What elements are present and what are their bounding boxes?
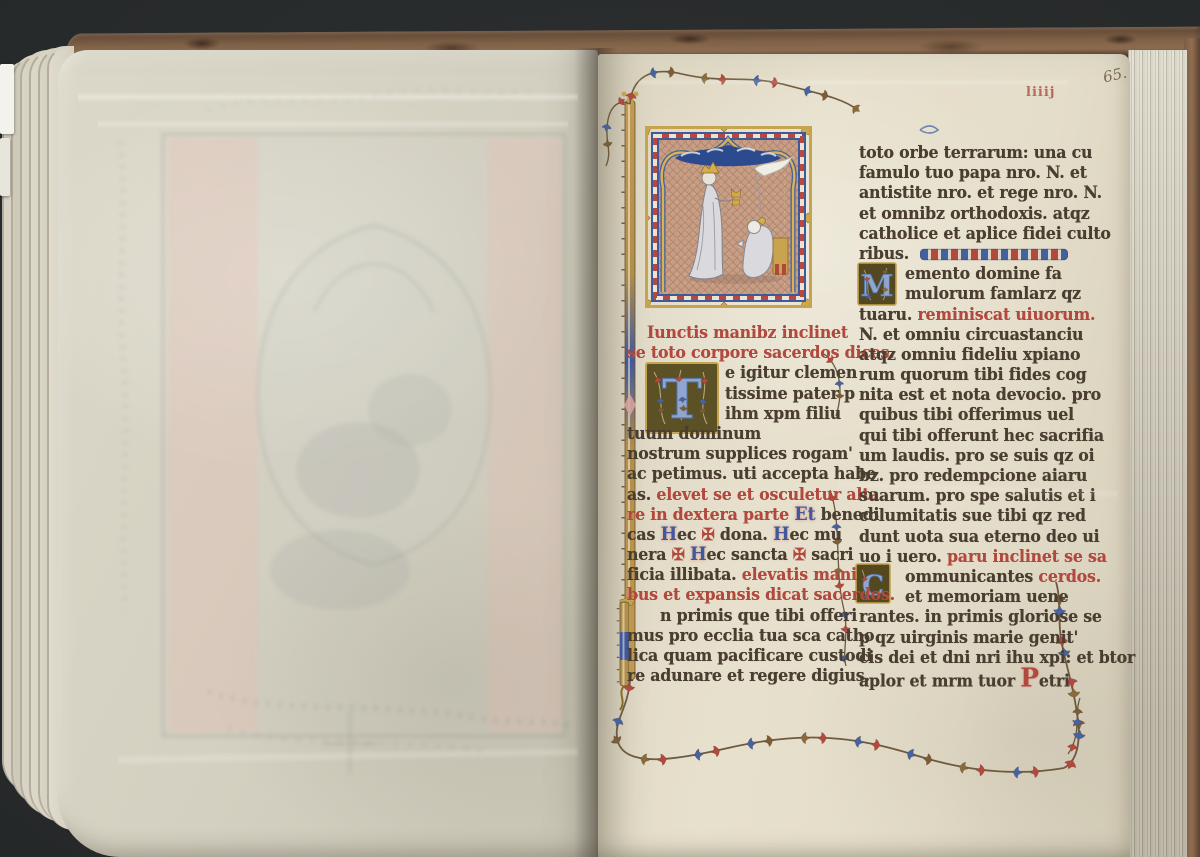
text-segment: um laudis. pro se suis qz oi [859, 445, 1094, 465]
miniature-chalice-scene [645, 126, 812, 308]
ivy-leaf [657, 753, 668, 766]
text-line: aplor et mrm tuor Petri [859, 667, 1081, 688]
ivy-leaf [1029, 765, 1040, 778]
text-segment: nita est et nota devocio. pro [859, 385, 1101, 405]
ivy-leaf [905, 747, 918, 761]
text-line: atqz omniu fideliu xpiano [859, 344, 1081, 365]
text-line: dunt uota sua eterno deo ui [859, 526, 1081, 547]
text-segment: H [660, 523, 677, 545]
text-line: et memoriam uene [859, 587, 1081, 608]
text-segment: famulo tuo papa nro. N. et [859, 163, 1087, 183]
text-segment: mus pro ecclia tua sca catho [627, 625, 874, 645]
text-line: p qz uirginis marie genit' [859, 627, 1081, 648]
text-line: quibus tibi offerimus uel [859, 405, 1081, 426]
text-segment: cis dei et dni nri ihu xpi: et btor [859, 647, 1135, 667]
text-line: bus et expansis dicat sacerdos. [627, 585, 849, 606]
text-line: columitatis sue tibi qz red [859, 506, 1081, 527]
text-line: emento domine fa [859, 264, 1081, 285]
text-segment: p qz uirginis marie genit' [859, 627, 1078, 647]
text-line: cas Hec ✠ dona. Hec mu [627, 524, 849, 545]
text-segment: re adunare et regere digius. [627, 666, 870, 686]
text-segment: cas [627, 524, 660, 544]
left-page-verso [58, 50, 598, 857]
text-segment: rum quorum tibi fides cog [859, 365, 1086, 385]
text-segment: ommunicantes [905, 567, 1038, 587]
text-segment: qui tibi offerunt hec sacrifia [859, 425, 1104, 445]
ivy-leaf [1072, 708, 1083, 717]
ivy-leaf [870, 739, 881, 752]
blue-pen-flourish [920, 126, 938, 133]
text-segment: ✠ [672, 545, 690, 565]
text-segment: P [1020, 662, 1039, 692]
text-line: mulorum famlarz qz [859, 284, 1081, 305]
ivy-leaf [800, 732, 810, 744]
text-line: catholice et aplice fidei culto [859, 223, 1081, 244]
text-segment: ribus. [859, 244, 914, 264]
right-page-recto: 65. liiij [598, 54, 1130, 857]
text-line: ribus. [859, 244, 1081, 265]
text-segment: dunt uota sua eterno deo ui [859, 526, 1099, 546]
text-segment: rantes. in primis gloriose se [859, 607, 1102, 627]
text-line: as. elevet se et osculetur alta [627, 484, 849, 505]
text-segment: tissime pater p [725, 383, 855, 403]
text-segment: H [773, 523, 790, 545]
text-line: ficia illibata. elevatis mani [627, 565, 849, 586]
text-segment: N. et omniu circuastanciu [859, 324, 1083, 344]
text-segment: catholice et aplice fidei culto [859, 223, 1111, 243]
text-line: n primis que tibi offeri [627, 605, 849, 626]
text-segment: Iunctis manibz inclinet [647, 323, 848, 343]
text-line: lica quam pacificare custodi [627, 646, 849, 667]
ivy-leaf [693, 749, 703, 761]
text-segment: ec mu [790, 524, 842, 544]
text-line: qui tibi offerunt hec sacrifia [859, 425, 1081, 446]
text-line: toto orbe terrarum: una cu [859, 143, 1081, 164]
text-line: Iunctis manibz inclinet [627, 323, 849, 344]
text-line: mus pro ecclia tua sca catho [627, 625, 849, 646]
text-line: se toto corpore sacerdos dices. [627, 343, 849, 364]
text-column-left: Iunctis manibz inclinetse toto corpore s… [627, 323, 849, 686]
text-line: nera ✠ Hec sancta ✠ sacri [627, 545, 849, 566]
text-segment: sacri [811, 545, 853, 565]
ivy-leaf [819, 89, 830, 102]
text-segment: atqz omniu fideliu xpiano [859, 344, 1080, 364]
text-line: antistite nro. et rege nro. N. [859, 183, 1081, 204]
text-segment: emento domine fa [905, 264, 1062, 284]
text-segment: se toto corpore sacerdos dices. [627, 343, 895, 363]
text-segment: antistite nro. et rege nro. N. [859, 183, 1102, 203]
text-line: re in dextera parte Et benedi [627, 504, 849, 525]
paper-slip [0, 138, 10, 196]
parchment-crease [638, 78, 1068, 86]
text-segment: etri [1039, 671, 1070, 691]
text-segment: ec sancta [706, 545, 792, 565]
text-segment: e igitur clemen [725, 363, 857, 383]
text-line: e igitur clemen [627, 363, 849, 384]
text-line: nita est et nota devocio. pro [859, 385, 1081, 406]
text-segment: dona. [715, 524, 773, 544]
line-filler-ornament [920, 249, 1068, 260]
text-segment: et memoriam uene [905, 587, 1069, 607]
text-segment: toto orbe terrarum: una cu [859, 143, 1092, 163]
text-line: N. et omniu circuastanciu [859, 324, 1081, 345]
text-segment: aplor et mrm tuor [859, 671, 1020, 691]
text-line: et omnibz orthodoxis. atqz [859, 203, 1081, 224]
text-segment: H [690, 544, 707, 566]
text-line: um laudis. pro se suis qz oi [859, 445, 1081, 466]
ivy-leaf [922, 753, 933, 766]
prie-dieu [773, 238, 788, 275]
text-segment: nera [627, 545, 672, 565]
text-segment: tuum dominum [627, 424, 761, 444]
text-line: ommunicantes cerdos. [859, 567, 1081, 588]
text-column-right: toto orbe terrarum: una cufamulo tuo pap… [859, 143, 1081, 688]
text-line: rantes. in primis gloriose se [859, 607, 1081, 628]
text-segment: lica quam pacificare custodi [627, 646, 872, 666]
text-segment: bus et expansis dicat sacerdos. [627, 585, 895, 605]
ivy-leaf [976, 764, 986, 776]
text-line: famulo tuo papa nro. N. et [859, 163, 1081, 184]
ivy-leaf [1063, 757, 1078, 771]
text-segment: re in dextera parte [627, 504, 794, 524]
text-segment: paru inclinet se sa [947, 546, 1107, 566]
parchment-crease [98, 120, 568, 128]
parchment-crease [78, 92, 578, 102]
showthrough-ghost-miniature [58, 50, 598, 857]
text-line: tuaru. reminiscat uiuorum. [859, 304, 1081, 325]
text-segment: et omnibz orthodoxis. atqz [859, 203, 1090, 223]
text-segment: ihm xpm filiu [725, 403, 841, 423]
page-stack-fore-edge [1128, 50, 1187, 857]
ivy-leaf [849, 102, 863, 116]
ivy-leaf [666, 66, 676, 78]
text-line: tuum dominum [627, 424, 849, 445]
text-segment: reminiscat uiuorum. [917, 304, 1095, 324]
text-line: tissime pater p [627, 383, 849, 404]
text-line: re adunare et regere digius. [627, 666, 849, 687]
ivy-leaf [746, 737, 757, 749]
text-segment: ec [677, 524, 702, 544]
text-segment: mulorum famlarz qz [905, 284, 1081, 304]
text-segment: nostrum supplices rogam' [627, 444, 853, 464]
text-segment: uo i uero. [859, 546, 947, 566]
text-segment: Et [794, 503, 815, 525]
text-segment: n primis que tibi offeri [660, 605, 857, 625]
text-line: cis dei et dni nri ihu xpi: et btor [859, 647, 1081, 668]
text-segment: cerdos. [1038, 567, 1101, 587]
ivy-leaf [1012, 766, 1023, 778]
manuscript-photo: 65. liiij [0, 0, 1200, 857]
text-segment: as. [627, 484, 656, 504]
ivy-leaf [818, 732, 828, 744]
text-line: nostrum supplices rogam' [627, 444, 849, 465]
text-segment: ✠ [793, 545, 811, 565]
text-segment: quibus tibi offerimus uel [859, 405, 1074, 425]
text-segment: elevatis mani [742, 565, 857, 585]
text-segment: ficia illibata. [627, 565, 742, 585]
text-segment: columitatis sue tibi qz red [859, 506, 1086, 526]
paper-slip [0, 64, 14, 134]
text-segment: tuaru. [859, 304, 917, 324]
text-line: ihm xpm filiu [627, 403, 849, 424]
text-line: ac petimus. uti accepta habe [627, 464, 849, 485]
text-line: uo i uero. paru inclinet se sa [859, 546, 1081, 567]
text-segment: ✠ [702, 524, 715, 544]
text-line: rum quorum tibi fides cog [859, 365, 1081, 386]
